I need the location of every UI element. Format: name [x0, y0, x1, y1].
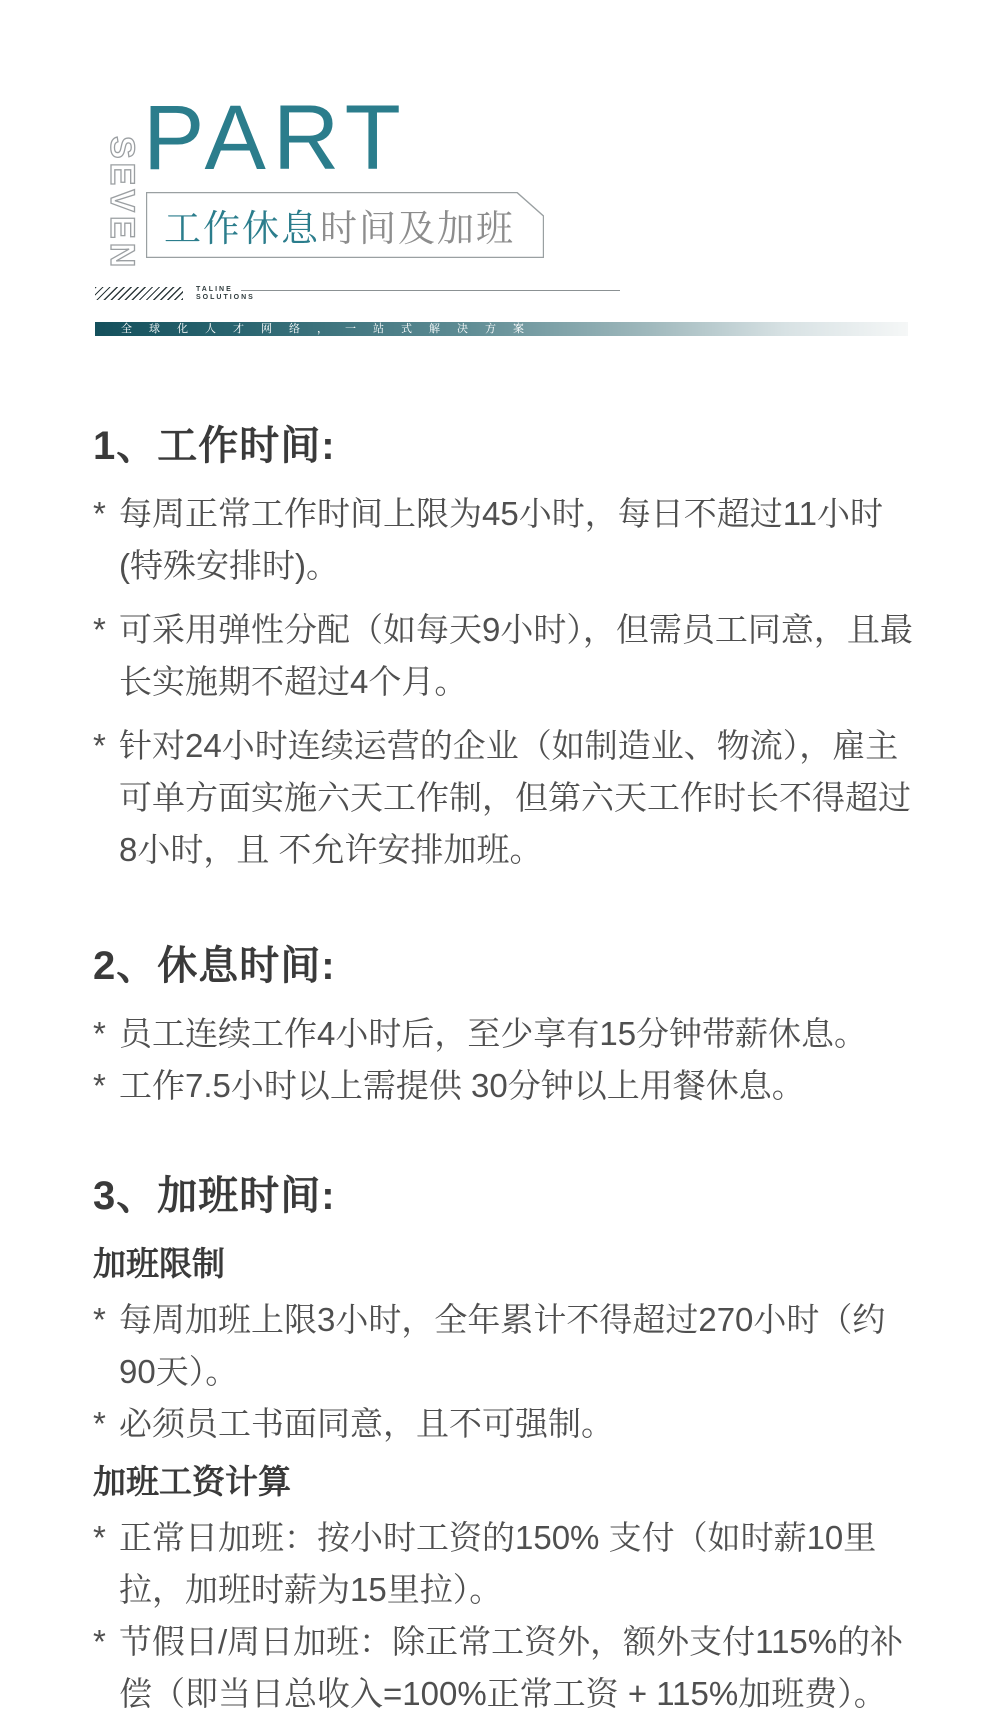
- page-title: 工作休息 时间及加班: [164, 192, 515, 258]
- tagline-text: 全球化人才网络，一站式解决方案: [95, 322, 908, 336]
- bullet-marker: *: [93, 720, 119, 876]
- header: SEVEN PART 工作休息 时间及加班 TALINE SOLUTIONS 全…: [0, 0, 1001, 336]
- brand-mark: TALINE SOLUTIONS: [196, 286, 255, 302]
- list-item: * 必须员工书面同意，且不可强制。: [93, 1398, 913, 1450]
- bullet-text: 工作7.5小时以上需提供 30分钟以上用餐休息。: [119, 1060, 913, 1112]
- list-item: * 每周加班上限3小时，全年累计不得超过270小时（约90天）。: [93, 1294, 913, 1398]
- section-title-box: 工作休息 时间及加班: [146, 192, 544, 258]
- page-title-highlight: 工作休息: [164, 198, 320, 252]
- section-rest-time: 2、休息时间: * 员工连续工作4小时后，至少享有15分钟带薪休息。 * 工作7…: [93, 942, 913, 1112]
- section-heading: 2、休息时间:: [93, 942, 913, 990]
- list-item: * 正常日加班：按小时工资的150% 支付（如时薪10里拉，加班时薪为15里拉）…: [93, 1512, 913, 1616]
- list-item: * 员工连续工作4小时后，至少享有15分钟带薪休息。: [93, 1008, 913, 1060]
- bullet-marker: *: [93, 1616, 119, 1715]
- bullet-text: 员工连续工作4小时后，至少享有15分钟带薪休息。: [119, 1008, 913, 1060]
- section-overtime: 3、加班时间: 加班限制 * 每周加班上限3小时，全年累计不得超过270小时（约…: [93, 1172, 913, 1715]
- list-item: * 节假日/周日加班：除正常工资外，额外支付115%的补偿（即当日总收入=100…: [93, 1616, 913, 1715]
- bullet-marker: *: [93, 1008, 119, 1060]
- bullet-text: 必须员工书面同意，且不可强制。: [119, 1398, 913, 1450]
- list-item: * 针对24小时连续运营的企业（如制造业、物流），雇主可单方面实施六天工作制，但…: [93, 720, 913, 876]
- bullet-text: 节假日/周日加班：除正常工资外，额外支付115%的补偿（即当日总收入=100%正…: [119, 1616, 913, 1715]
- bullet-text: 可采用弹性分配（如每天9小时），但需员工同意，且最长实施期不超过4个月。: [119, 604, 913, 708]
- divider-line: [241, 290, 620, 291]
- brand-line2: SOLUTIONS: [196, 294, 255, 302]
- seven-wordmark: SEVEN: [102, 136, 141, 271]
- bullet-list: * 每周加班上限3小时，全年累计不得超过270小时（约90天）。 * 必须员工书…: [93, 1294, 913, 1450]
- list-item: * 可采用弹性分配（如每天9小时），但需员工同意，且最长实施期不超过4个月。: [93, 604, 913, 708]
- bullet-marker: *: [93, 488, 119, 592]
- bullet-marker: *: [93, 1294, 119, 1398]
- bullet-text: 针对24小时连续运营的企业（如制造业、物流），雇主可单方面实施六天工作制，但第六…: [119, 720, 913, 876]
- section-heading: 3、加班时间:: [93, 1172, 913, 1220]
- list-item: * 每周正常工作时间上限为45小时，每日不超过11小时(特殊安排时)。: [93, 488, 913, 592]
- bullet-text: 每周加班上限3小时，全年累计不得超过270小时（约90天）。: [119, 1294, 913, 1398]
- bullet-marker: *: [93, 1398, 119, 1450]
- subsection-heading-overtime-limits: 加班限制: [93, 1238, 913, 1290]
- bullet-list: * 员工连续工作4小时后，至少享有15分钟带薪休息。 * 工作7.5小时以上需提…: [93, 1008, 913, 1112]
- tagline-banner: 全球化人才网络，一站式解决方案: [95, 322, 908, 336]
- section-heading: 1、工作时间:: [93, 422, 913, 470]
- hatch-decoration: [95, 287, 183, 300]
- bullet-text: 每周正常工作时间上限为45小时，每日不超过11小时(特殊安排时)。: [119, 488, 913, 592]
- bullet-marker: *: [93, 1512, 119, 1616]
- bullet-marker: *: [93, 604, 119, 708]
- bullet-text: 正常日加班：按小时工资的150% 支付（如时薪10里拉，加班时薪为15里拉）。: [119, 1512, 913, 1616]
- bullet-marker: *: [93, 1060, 119, 1112]
- section-work-hours: 1、工作时间: * 每周正常工作时间上限为45小时，每日不超过11小时(特殊安排…: [93, 422, 913, 876]
- page-title-rest: 时间及加班: [320, 198, 515, 252]
- bullet-list: * 每周正常工作时间上限为45小时，每日不超过11小时(特殊安排时)。 * 可采…: [93, 488, 913, 876]
- list-item: * 工作7.5小时以上需提供 30分钟以上用餐休息。: [93, 1060, 913, 1112]
- subsection-heading-overtime-pay: 加班工资计算: [93, 1456, 913, 1508]
- part-wordmark: PART: [143, 88, 408, 188]
- article-body: 1、工作时间: * 每周正常工作时间上限为45小时，每日不超过11小时(特殊安排…: [0, 422, 1001, 1715]
- bullet-list: * 正常日加班：按小时工资的150% 支付（如时薪10里拉，加班时薪为15里拉）…: [93, 1512, 913, 1715]
